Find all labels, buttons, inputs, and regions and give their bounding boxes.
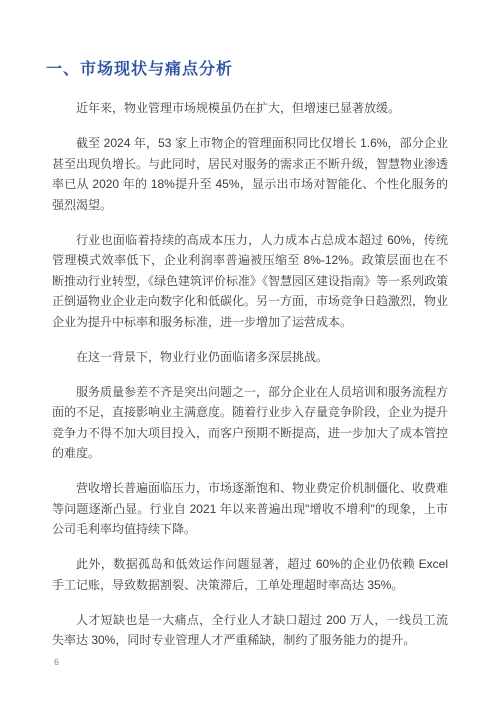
- paragraph: 人才短缺也是一大痛点，全行业人才缺口超过 200 万人，一线员工流失率达 30%…: [52, 610, 448, 651]
- paragraph-list: 近年来，物业管理市场规模虽仍在扩大，但增速已显著放缓。截至 2024 年，53 …: [52, 98, 448, 651]
- document-page: 一、市场现状与痛点分析 近年来，物业管理市场规模虽仍在扩大，但增速已显著放缓。截…: [0, 0, 500, 707]
- paragraph: 此外，数据孤岛和低效运作问题显著，超过 60%的企业仍依赖 Excel 手工记账…: [52, 554, 448, 595]
- section-heading: 一、市场现状与痛点分析: [46, 58, 448, 82]
- paragraph: 营收增长普遍面临压力，市场逐渐饱和、物业费定价机制僵化、收费难等问题逐渐凸显。行…: [52, 478, 448, 540]
- paragraph: 服务质量参差不齐是突出问题之一，部分企业在人员培训和服务流程方面的不足，直接影响…: [52, 382, 448, 464]
- page-number: 6: [54, 657, 59, 667]
- paragraph: 近年来，物业管理市场规模虽仍在扩大，但增速已显著放缓。: [52, 98, 448, 119]
- paragraph: 在这一背景下，物业行业仍面临诸多深层挑战。: [52, 347, 448, 368]
- paragraph: 行业也面临着持续的高成本压力，人力成本占总成本超过 60%，传统管理模式效率低下…: [52, 230, 448, 333]
- paragraph: 截至 2024 年，53 家上市物企的管理面积同比仅增长 1.6%，部分企业甚至…: [52, 133, 448, 215]
